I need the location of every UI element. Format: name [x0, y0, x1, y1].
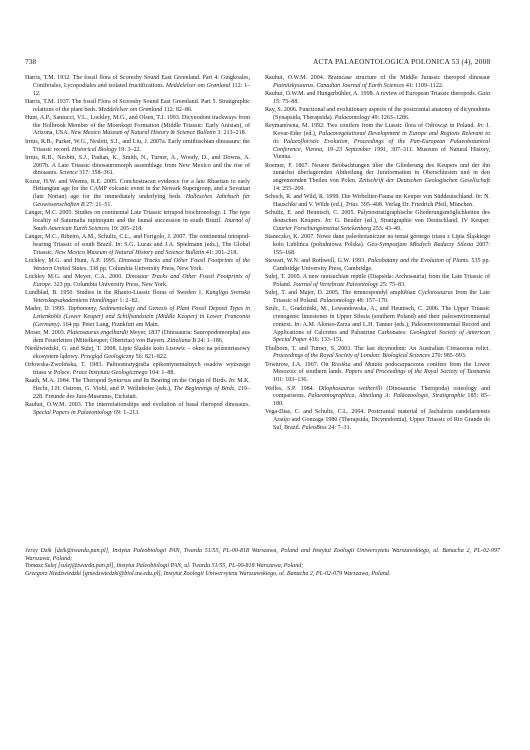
reference-entry: Mader, D. 1995. Taphonomy, Sedimentology…	[25, 306, 250, 329]
reference-text-segment: . 395–408. Verlag Dr. Friedrich Pfeil, M…	[358, 202, 474, 208]
reference-text-segment: Thulborn, T. and Turner, S. 2003. The la…	[265, 346, 490, 352]
reference-entry: Szulc, J., Gradziński, M., Lewandowska, …	[265, 306, 490, 345]
reference-italic-segment: Paleobotany and the Evolution of Plants	[368, 258, 468, 264]
reference-text-segment: 104: 1–88.	[148, 370, 175, 376]
reference-italic-segment: Meddelelser om Grønland	[99, 107, 163, 113]
reference-entry: Moser, M. 2003. Plateosaurus engelhardti…	[25, 330, 250, 346]
reference-italic-segment: Proceedings of the Royal Society of Lond…	[273, 353, 430, 359]
reference-entry: Sulej, T. 2005. A new rauisuchian reptil…	[265, 274, 490, 290]
reference-italic-segment: Courier Forschungsinstitut Senckenberg	[273, 226, 371, 232]
page-number: 738	[25, 57, 36, 66]
reference-text-segment: 19: 205–218.	[109, 226, 142, 232]
reference-italic-segment: Papers and Proceedings of the Royal Soci…	[345, 369, 490, 375]
reference-entry: Welles, S.P. 1984. Dilophosaurus wetheri…	[265, 386, 490, 409]
author-address: Tomasz Sulej [sulej@twarda.pan.pl], Inst…	[25, 563, 500, 571]
reference-text-segment: Vega-Dias, C. and Schultz, C.L. 2004. Po…	[265, 409, 490, 431]
reference-text-segment: 15: 75–88.	[273, 99, 299, 105]
reference-entry: Irmis, R.B., Parker, W.G., Nesbitt, S.J.…	[25, 139, 250, 155]
reference-entry: Harris, T.M. 1932. The fossil flora of S…	[25, 75, 250, 98]
reference-text-segment: 270: 985–993.	[430, 353, 466, 359]
reference-text-segment: 41: 1109–1122.	[404, 83, 443, 89]
reference-text-segment: Moser, M. 2003.	[25, 330, 67, 336]
reference-text-segment: Reymanówna, M. 1992. Two conifers from t…	[265, 123, 477, 129]
reference-entry: Roemer, F. 1867. Neuere Beobachtungen üb…	[265, 163, 490, 194]
reference-italic-segment: Gaia	[478, 91, 490, 97]
reference-text-segment: 112: 82–86.	[162, 107, 192, 113]
reference-italic-segment: Cyclotosaurus	[418, 290, 453, 296]
reference-entry: Rauhut, O.W.M. and Hungerbühler, A. 1998…	[265, 91, 490, 107]
author-address: Grzegorz Niedźwiedzki [gniedzwiedzki@bio…	[25, 571, 500, 579]
reference-text-segment: 49: 1263–1286.	[370, 115, 409, 121]
reference-entry: Hunt, A.P., Santucci, V.L., Lockley, M.G…	[25, 115, 250, 138]
reference-entry: Rauhut, O.W.M. 2004. Braincase structure…	[265, 75, 490, 91]
reference-italic-segment: Mataia	[365, 362, 382, 368]
reference-italic-segment: Palaeontographica, Abteilung A: Paläozoo…	[308, 393, 465, 399]
author-addresses: Jerzy Dzik [dzik@twarda.pan.pl], Instytu…	[25, 548, 500, 578]
reference-text-segment: Rauhut, O.W.M. and Hungerbühler, A. 1998…	[265, 91, 478, 97]
reference-entry: Schoch, R. and Wild, R. 1999. Die Wirbel…	[265, 194, 490, 210]
reference-text-segment: Lockley M.G. and Meyer, C.A. 2000.	[25, 274, 126, 280]
reference-text-segment: and Its Bearing on the Origin of Birds.	[131, 378, 228, 384]
reference-text-segment: 253: 43–49.	[371, 226, 401, 232]
reference-text-segment: 14: 255–269.	[273, 186, 305, 192]
reference-text-segment: 41: 201–218.	[204, 250, 237, 256]
reference-italic-segment: Dilophosaurus wetherilli	[319, 386, 382, 392]
reference-italic-segment: Syntarsus	[108, 378, 132, 384]
reference-italic-segment: New Mexico Museum of Natural History and…	[55, 250, 204, 256]
reference-text-segment: and	[351, 362, 365, 368]
reference-entry: Langer, M.C., Ribeiro, A.M., Schultz, C.…	[25, 234, 250, 257]
reference-text-segment: Rauhut, O.W.M. 2004. Braincase structure…	[265, 75, 490, 81]
reference-italic-segment: Rissikia	[331, 362, 350, 368]
reference-italic-segment: Special Papers in Palaeontology	[33, 410, 112, 416]
reference-text-segment: 56: 821–822.	[134, 354, 167, 360]
reference-italic-segment: Geo-Sympozjum Młodych Badaczy Silesia	[367, 242, 473, 248]
reference-text-segment: 25: 75–83.	[378, 282, 405, 288]
reference-entry: Irmis, R.B., Nesbitt, S.J., Padian, K., …	[25, 155, 250, 178]
reference-entry: Reymanówna, M. 1992. Two conifers from t…	[265, 123, 490, 162]
reference-entry: Thulborn, T. and Turner, S. 2003. The la…	[265, 346, 490, 362]
reference-text-segment: 24: 1–186.	[196, 338, 223, 344]
reference-entry: Vega-Dias, C. and Schultz, C.L. 2004. Po…	[265, 409, 490, 432]
reference-italic-segment: Historical Biology	[72, 147, 117, 153]
reference-italic-segment: Palaeontology	[320, 298, 355, 304]
author-address: Jerzy Dzik [dzik@twarda.pan.pl], Instytu…	[25, 548, 500, 563]
reference-entry: Harris, T.M. 1937. The fossil Flora of S…	[25, 99, 250, 115]
reference-entry: Langer, M.C. 2005. Studies on continenta…	[25, 210, 250, 233]
reference-text-segment: 1: 2–82.	[118, 298, 139, 304]
reference-text-segment: : G. Beutler (ed.), Stratigraphie von De…	[330, 218, 490, 224]
reference-text-segment: Rauhut, O.W.M. 2003. The interrelationsh…	[25, 402, 250, 408]
references-left-column: Harris, T.M. 1932. The fossil flora of S…	[25, 75, 250, 418]
reference-italic-segment: Meddelelser om Grønland	[166, 83, 230, 89]
reference-text-segment: Langer, M.C. 2005. Studies on continenta…	[25, 210, 250, 224]
reference-entry: Lockley, M.G. and Hunt, A.P. 1995. Dinos…	[25, 258, 250, 274]
reference-entry: Staneczko, K. 2007. Nowe dane paleobotan…	[265, 234, 490, 257]
reference-entry: Orłowska-Zwolińska, T. 1983. Palinostrat…	[25, 362, 250, 378]
reference-italic-segment: Canadian Journal of Earth Sciences	[316, 83, 404, 89]
reference-text-segment: 69: 1–213.	[112, 410, 139, 416]
reference-text-segment: 317: 358–361.	[78, 170, 114, 176]
reference-entry: Sulej, T. and Majer, D. 2005. The temnos…	[265, 290, 490, 306]
reference-italic-segment: Science	[59, 170, 77, 176]
reference-italic-segment: Zeitschrift der Deutschen Geologischen G…	[359, 178, 490, 184]
reference-text-segment: Schoch, R. and Wild, R. 1999. Die Wirbel…	[265, 194, 476, 200]
reference-text-segment: 24: 7–31.	[327, 425, 351, 431]
reference-entry: Lundblad, B. 1950. Studies in the Rhaeto…	[25, 290, 250, 306]
reference-italic-segment: Palaeontology	[335, 115, 370, 121]
reference-text-segment: 3: 213–218.	[216, 130, 246, 136]
reference-italic-segment: The Beginnings of Birds	[174, 386, 234, 392]
reference-text-segment: Sulej, T. and Majer, D. 2005. The temnos…	[265, 290, 418, 296]
reference-text-segment: 27: 21–51.	[85, 202, 112, 208]
reference-entry: Schultz, E. and Heunisch, C. 2005. Palyn…	[265, 210, 490, 233]
reference-entry: Ray, S. 2006. Functional and evolutionar…	[265, 107, 490, 123]
reference-text-segment: Mader, D. 1995.	[25, 306, 68, 312]
reference-text-segment: . 323 pp. Columbia University Press, New…	[51, 282, 168, 288]
reference-text-segment: Lockley, M.G. and Hunt, A.P. 1995.	[25, 258, 119, 264]
reference-text-segment: 48: 157–170.	[355, 298, 388, 304]
reference-italic-segment: Trias	[345, 202, 357, 208]
reference-italic-segment: PaleoBios	[302, 425, 327, 431]
reference-italic-segment: Prace Instytutu Geologicznego	[73, 370, 148, 376]
reference-entry: Niedźwiedzki, G. and Sulej, T. 2008. Lip…	[25, 346, 250, 362]
reference-entry: Stewart, W.N. and Rothwell, G.W. 1993. P…	[265, 258, 490, 274]
reference-entry: Townrow, J.A. 1967. On Rissikia and Mata…	[265, 362, 490, 385]
reference-text-segment: Lundblad, B. 1950. Studies in the Rhaeto…	[25, 290, 205, 296]
reference-text-segment: Raath, M.A. 1984. The Theropod	[25, 378, 108, 384]
reference-italic-segment: Plateosaurus engelhardti	[67, 330, 128, 336]
reference-italic-segment: Przegląd Geologiczny	[80, 354, 134, 360]
reference-text-segment: Welles, S.P. 1984.	[265, 386, 319, 392]
reference-text-segment: 19: 3–22.	[117, 147, 141, 153]
reference-text-segment: . 338 pp. Columbia University Press, New…	[86, 266, 203, 272]
running-head: ACTA PALAEONTOLOGICA POLONICA 53 (4), 20…	[313, 57, 490, 66]
reference-text-segment: Stewart, W.N. and Rothwell, G.W. 1993.	[265, 258, 368, 264]
reference-text-segment: . 164 pp. Peter Lang, Frankfurt am Main.	[60, 322, 160, 328]
reference-text-segment: 101: 103–136.	[273, 377, 308, 383]
reference-italic-segment: New Mexico Museum of Natural History & S…	[71, 130, 216, 136]
reference-text-segment: 416: 133–151.	[307, 337, 343, 343]
reference-entry: Lockley M.G. and Meyer, C.A. 2000. Dinos…	[25, 274, 250, 290]
reference-entry: Rauhut, O.W.M. 2003. The interrelationsh…	[25, 402, 250, 418]
reference-entry: Kozur, H.W. and Weems, R.E. 2005. Concho…	[25, 179, 250, 210]
references-right-column: Rauhut, O.W.M. 2004. Braincase structure…	[265, 75, 490, 433]
reference-italic-segment: Piatnitzkysaurus	[273, 83, 313, 89]
reference-italic-segment: Journal of Vertebrate Paleontology	[293, 282, 378, 288]
reference-text-segment: Townrow, J.A. 1967. On	[265, 362, 331, 368]
reference-entry: Raath, M.A. 1984. The Theropod Syntarsus…	[25, 378, 250, 401]
reference-italic-segment: Zitteliana B	[167, 338, 196, 344]
